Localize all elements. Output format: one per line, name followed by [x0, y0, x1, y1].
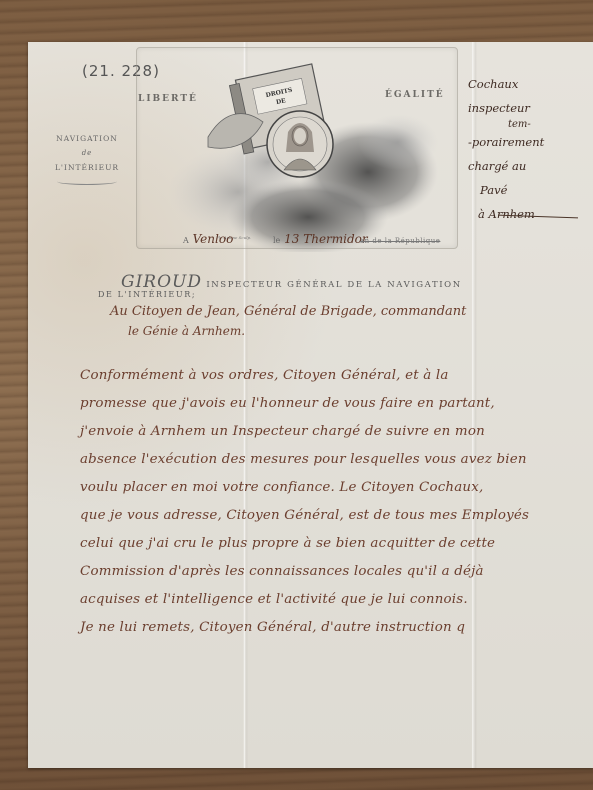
margin-note-line: -porairement: [468, 130, 588, 154]
ornament-swash: [57, 178, 117, 185]
addressee-line1: Au Citoyen de Jean, Général de Brigade, …: [110, 304, 466, 319]
body-line: Commission d'après les connaissances loc…: [80, 564, 484, 579]
department-line: L'INTÉRIEUR: [42, 163, 132, 172]
body-line: acquises et l'intelligence et l'activité…: [80, 592, 468, 607]
department-line: NAVIGATION: [42, 134, 132, 143]
date-prefix: le: [273, 236, 280, 245]
body-line: promesse que j'avois eu l'honneur de vou…: [80, 396, 495, 411]
place-prefix: A: [183, 236, 189, 245]
sender-name: GIROUD: [121, 272, 202, 292]
body-line: j'envoie à Arnhem un Inspecteur chargé d…: [80, 424, 485, 439]
body-line: voulu placer en moi votre confiance. Le …: [80, 480, 483, 495]
body-line: que je vous adresse, Citoyen Général, es…: [80, 508, 529, 523]
department-line: de: [42, 149, 132, 157]
dateline-place: A Venloo: [183, 232, 233, 246]
department-block: NAVIGATION de L'INTÉRIEUR: [42, 134, 132, 185]
margin-note-line: à Arnhem: [468, 202, 588, 226]
place-name: Venloo: [193, 232, 234, 246]
letter-paper: (21. 228) LIBERTÉ ÉGALITÉ NAVIGATION de …: [28, 42, 593, 768]
sender-title-line1: INSPECTEUR GÉNÉRAL DE LA NAVIGATION: [206, 280, 461, 290]
body-line: Je ne lui remets, Citoyen Général, d'aut…: [80, 620, 465, 635]
margin-note-line: Cochaux: [468, 72, 588, 96]
margin-note-line: inspecteur: [468, 96, 588, 120]
margin-note-line: Pavé: [468, 178, 588, 202]
addressee-line2: le Génie à Arnhem.: [128, 324, 245, 338]
margin-note-line: chargé au: [468, 154, 588, 178]
allegorical-vignette-icon: DROITS DE: [148, 52, 448, 252]
body-line: absence l'exécution des mesures pour les…: [80, 452, 527, 467]
body-line: Conformément à vos ordres, Citoyen Génér…: [80, 368, 449, 383]
dateline-year: an de la République: [360, 237, 440, 245]
sender-heading: GIROUD INSPECTEUR GÉNÉRAL DE LA NAVIGATI…: [121, 272, 462, 292]
margin-note-line: tem-: [468, 120, 588, 130]
sender-title-line2: DE L'INTÉRIEUR;: [98, 290, 196, 299]
body-line: celui que j'ai cru le plus propre à se b…: [80, 536, 495, 551]
date-value: 13 Thermidor: [284, 232, 368, 246]
dateline-date: le 13 Thermidor: [273, 232, 368, 246]
margin-note: Cochaux inspecteur tem- -porairement cha…: [468, 72, 588, 226]
